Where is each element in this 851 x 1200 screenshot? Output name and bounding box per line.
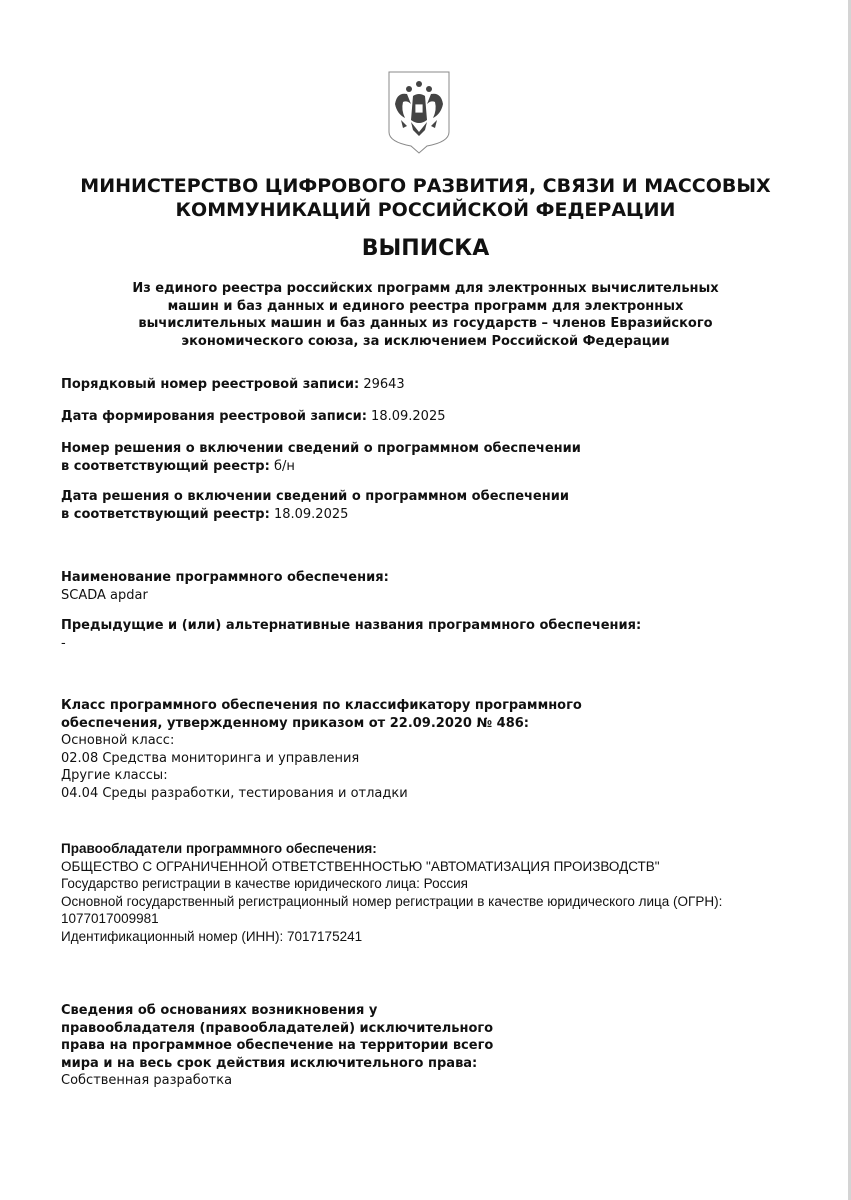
- other-classes-value: 04.04 Среды разработки, тестирования и о…: [61, 785, 582, 803]
- record-date-label: Дата формирования реестровой записи:: [61, 409, 367, 424]
- decision-date-label: Дата решения о включении сведений о прог…: [61, 488, 569, 506]
- alt-names-label: Предыдущие и (или) альтернативные назван…: [61, 617, 641, 635]
- rightholder-inn: Идентификационный номер (ИНН): 701717524…: [61, 928, 722, 946]
- main-class-value: 02.08 Средства мониторинга и управления: [61, 750, 582, 768]
- alt-names-field: Предыдущие и (или) альтернативные назван…: [61, 617, 641, 652]
- alt-names-value: -: [61, 635, 641, 653]
- classification-label: Класс программного обеспечения по класси…: [61, 697, 582, 715]
- subtitle-line: машин и баз данных и единого реестра про…: [100, 298, 751, 316]
- rights-basis-label: права на программное обеспечение на терр…: [61, 1037, 493, 1055]
- ministry-name: МИНИСТЕРСТВО ЦИФРОВОГО РАЗВИТИЯ, СВЯЗИ И…: [0, 174, 851, 222]
- record-date-value: 18.09.2025: [371, 409, 445, 424]
- decision-date-value: 18.09.2025: [274, 507, 348, 522]
- rightholder-ogrn-label: Основной государственный регистрационный…: [61, 893, 722, 911]
- coat-of-arms-icon: [387, 70, 451, 154]
- rights-basis-label: правообладателя (правообладателей) исклю…: [61, 1020, 493, 1038]
- decision-number-label: Номер решения о включении сведений о про…: [61, 440, 581, 458]
- decision-date-field: Дата решения о включении сведений о прог…: [61, 488, 569, 523]
- rights-basis-label: мира и на весь срок действия исключитель…: [61, 1055, 493, 1073]
- document-title: ВЫПИСКА: [0, 235, 851, 263]
- other-classes-label: Другие классы:: [61, 767, 582, 785]
- subtitle-line: экономического союза, за исключением Рос…: [100, 333, 751, 351]
- software-name-value: SCADA apdar: [61, 587, 389, 605]
- classification-label-cont: обеспечения, утвержденному приказом от 2…: [61, 715, 582, 733]
- record-date-field: Дата формирования реестровой записи: 18.…: [61, 408, 445, 426]
- rightholders-field: Правообладатели программного обеспечения…: [61, 840, 722, 945]
- rights-basis-value: Собственная разработка: [61, 1072, 493, 1090]
- rightholder-ogrn-value: 1077017009981: [61, 910, 722, 928]
- decision-date-label-cont: в соответствующий реестр:: [61, 507, 270, 522]
- software-name-label: Наименование программного обеспечения:: [61, 569, 389, 587]
- software-name-field: Наименование программного обеспечения: S…: [61, 569, 389, 604]
- ministry-line-1: МИНИСТЕРСТВО ЦИФРОВОГО РАЗВИТИЯ, СВЯЗИ И…: [0, 174, 851, 198]
- subtitle-line: вычислительных машин и баз данных из гос…: [100, 315, 751, 333]
- rights-basis-label: Сведения об основаниях возникновения у: [61, 1002, 493, 1020]
- main-class-label: Основной класс:: [61, 732, 582, 750]
- rightholder-organization: ОБЩЕСТВО С ОГРАНИЧЕННОЙ ОТВЕТСТВЕННОСТЬЮ…: [61, 858, 722, 876]
- rights-basis-field: Сведения об основаниях возникновения у п…: [61, 1002, 493, 1090]
- rightholders-label: Правообладатели программного обеспечения…: [61, 840, 722, 858]
- document-subtitle: Из единого реестра российских программ д…: [100, 280, 751, 350]
- record-number-field: Порядковый номер реестровой записи: 2964…: [61, 376, 405, 394]
- classification-field: Класс программного обеспечения по класси…: [61, 697, 582, 802]
- decision-number-value: б/н: [274, 459, 295, 474]
- ministry-line-2: КОММУНИКАЦИЙ РОССИЙСКОЙ ФЕДЕРАЦИИ: [0, 198, 851, 222]
- record-number-value: 29643: [363, 377, 404, 392]
- record-number-label: Порядковый номер реестровой записи:: [61, 377, 359, 392]
- subtitle-line: Из единого реестра российских программ д…: [100, 280, 751, 298]
- decision-number-label-cont: в соответствующий реестр:: [61, 459, 270, 474]
- rightholder-country: Государство регистрации в качестве юриди…: [61, 875, 722, 893]
- decision-number-field: Номер решения о включении сведений о про…: [61, 440, 581, 475]
